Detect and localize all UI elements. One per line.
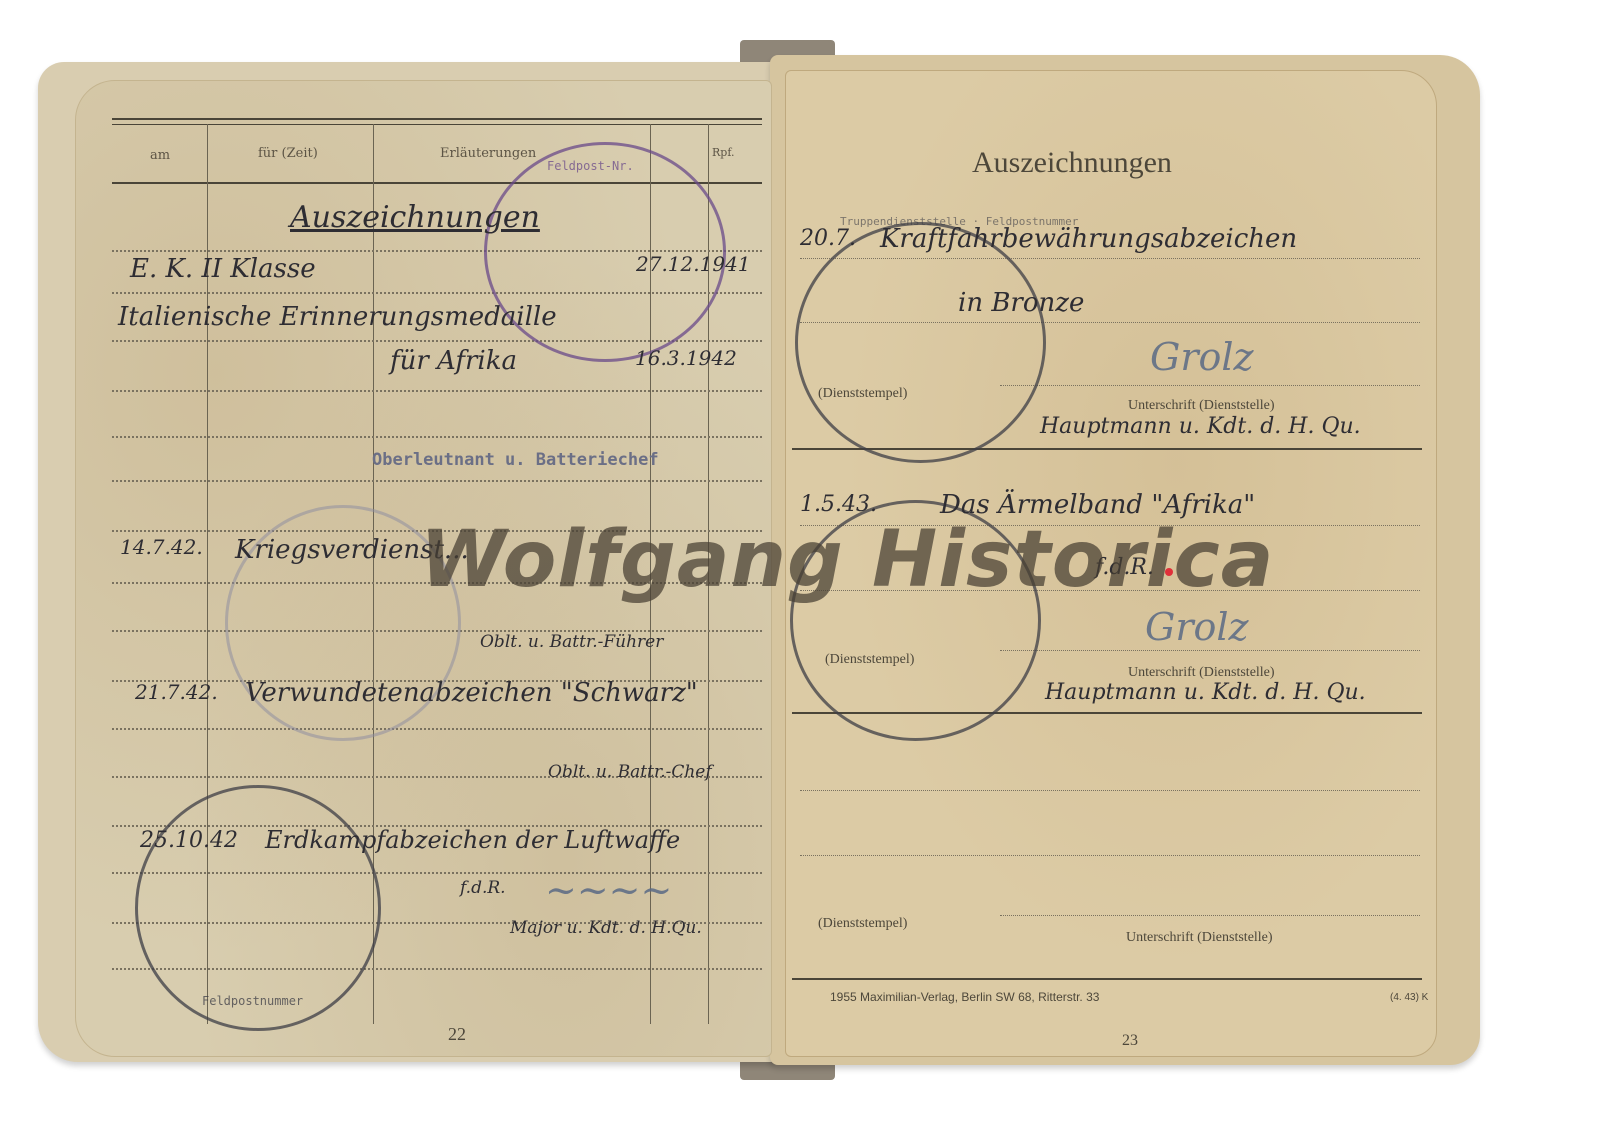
section-heading: Auszeichnungen — [290, 200, 540, 235]
signature: Grolz — [1150, 335, 1254, 379]
rank-title: Hauptmann u. Kdt. d. H. Qu. — [1045, 680, 1366, 705]
print-code: (4. 43) K — [1390, 992, 1428, 1003]
col-header-explanation: Erläuterungen — [440, 146, 536, 161]
col-header-amount: Rpf. — [712, 146, 735, 159]
row-line — [800, 855, 1420, 856]
signature-line — [1000, 385, 1420, 386]
entry-date: 21.7.42. — [135, 680, 218, 704]
table-top-rule-thin — [112, 124, 762, 125]
publisher-imprint: 1955 Maximilian-Verlag, Berlin SW 68, Ri… — [830, 990, 1099, 1004]
entry-award: Verwundetenabzeichen "Schwarz" — [245, 678, 698, 708]
signature-label: Unterschrift (Dienststelle) — [1128, 398, 1275, 414]
entry-divider — [792, 978, 1422, 980]
signature-line — [1000, 650, 1420, 651]
entry-date: 20.7. — [800, 226, 856, 251]
row-line — [112, 728, 762, 730]
entry-date: 14.7.42. — [120, 535, 203, 559]
signatory-title: Oblt. u. Battr.-Führer — [480, 632, 663, 652]
entry-award: Erdkampfabzeichen der Luftwaffe — [265, 826, 680, 854]
signatory-title: Major u. Kdt. d. H.Qu. — [510, 918, 702, 938]
stamp-text: Feldpostnummer — [202, 994, 303, 1008]
stamp-text: Feldpost-Nr. — [547, 159, 634, 173]
signature: ~~~~ — [545, 868, 672, 912]
fdr-note: f.d.R. — [460, 878, 506, 898]
watermark: Wolfgang Historica — [420, 515, 1274, 605]
rank-title: Hauptmann u. Kdt. d. H. Qu. — [1040, 414, 1361, 439]
col-header-period: für (Zeit) — [258, 146, 318, 161]
signatory-title: Oblt. u. Battr.-Chef — [548, 762, 712, 782]
entry-award: Italienische Erinnerungsmedaille — [118, 302, 557, 332]
row-line — [112, 436, 762, 438]
entry-award-continuation: für Afrika — [390, 346, 517, 376]
signature-label: Unterschrift (Dienststelle) — [1128, 665, 1275, 681]
entry-award: Kraftfahrbewährungsabzeichen — [880, 224, 1297, 254]
row-line — [112, 480, 762, 482]
page-number-left: 22 — [448, 1024, 466, 1045]
table-top-rule — [112, 118, 762, 120]
stamp-label: (Dienststempel) — [825, 652, 914, 668]
signature-line — [1000, 915, 1420, 916]
page-number-right: 23 — [1122, 1032, 1138, 1050]
service-stamp: Feldpostnummer — [135, 785, 381, 1031]
signature: Grolz — [1145, 605, 1249, 649]
signature-label: Unterschrift (Dienststelle) — [1126, 930, 1273, 946]
entry-award-continuation: in Bronze — [958, 288, 1084, 318]
entry-date: 27.12.1941 — [636, 252, 751, 276]
service-stamp — [795, 222, 1046, 463]
row-line — [112, 390, 762, 392]
col-header-date: am — [150, 148, 170, 163]
entry-date: 16.3.1942 — [635, 346, 737, 370]
stamp-label: (Dienststempel) — [818, 916, 907, 932]
entry-date: 1.5.43. — [800, 492, 877, 517]
stamp-label: (Dienststempel) — [818, 386, 907, 402]
row-line — [800, 790, 1420, 791]
page-title: Auszeichnungen — [972, 146, 1172, 180]
entry-award: E. K. II Klasse — [130, 254, 316, 284]
entry-date: 25.10.42 — [140, 828, 238, 853]
printed-signatory-stamp: Oberleutnant u. Batteriechef — [372, 450, 659, 470]
